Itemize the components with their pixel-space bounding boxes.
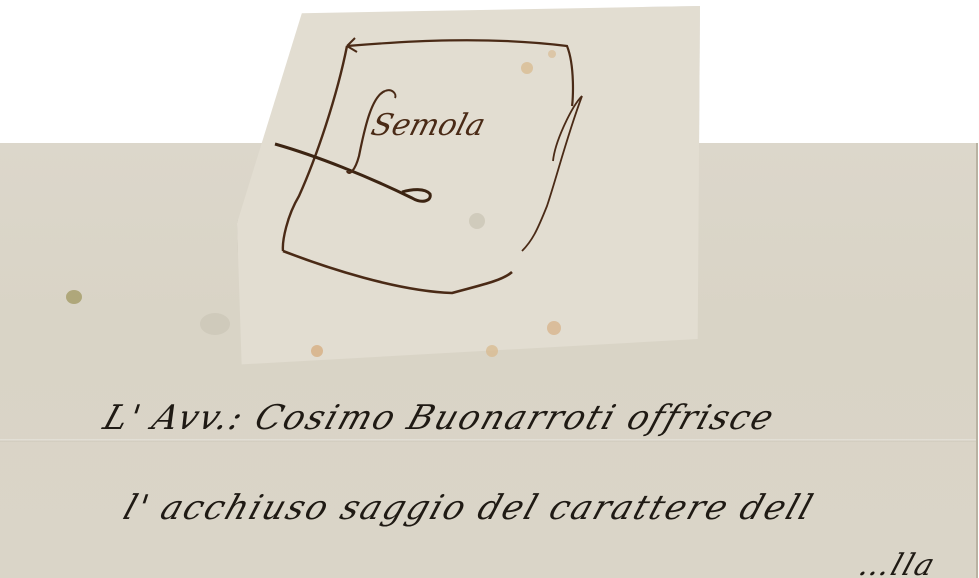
slip-ink-drawing	[237, 6, 700, 368]
slip-signature: Semola	[367, 108, 489, 143]
stain-spot	[66, 290, 82, 304]
letter-line-3: …lla	[854, 548, 940, 578]
letter-line-1: L' Avv.: Cosimo Buonarroti offrisce	[99, 398, 781, 438]
stain-spot	[200, 313, 230, 335]
letter-line-2: l' acchiuso saggio del carattere dell	[119, 488, 820, 528]
paper-fold-line	[0, 439, 976, 442]
